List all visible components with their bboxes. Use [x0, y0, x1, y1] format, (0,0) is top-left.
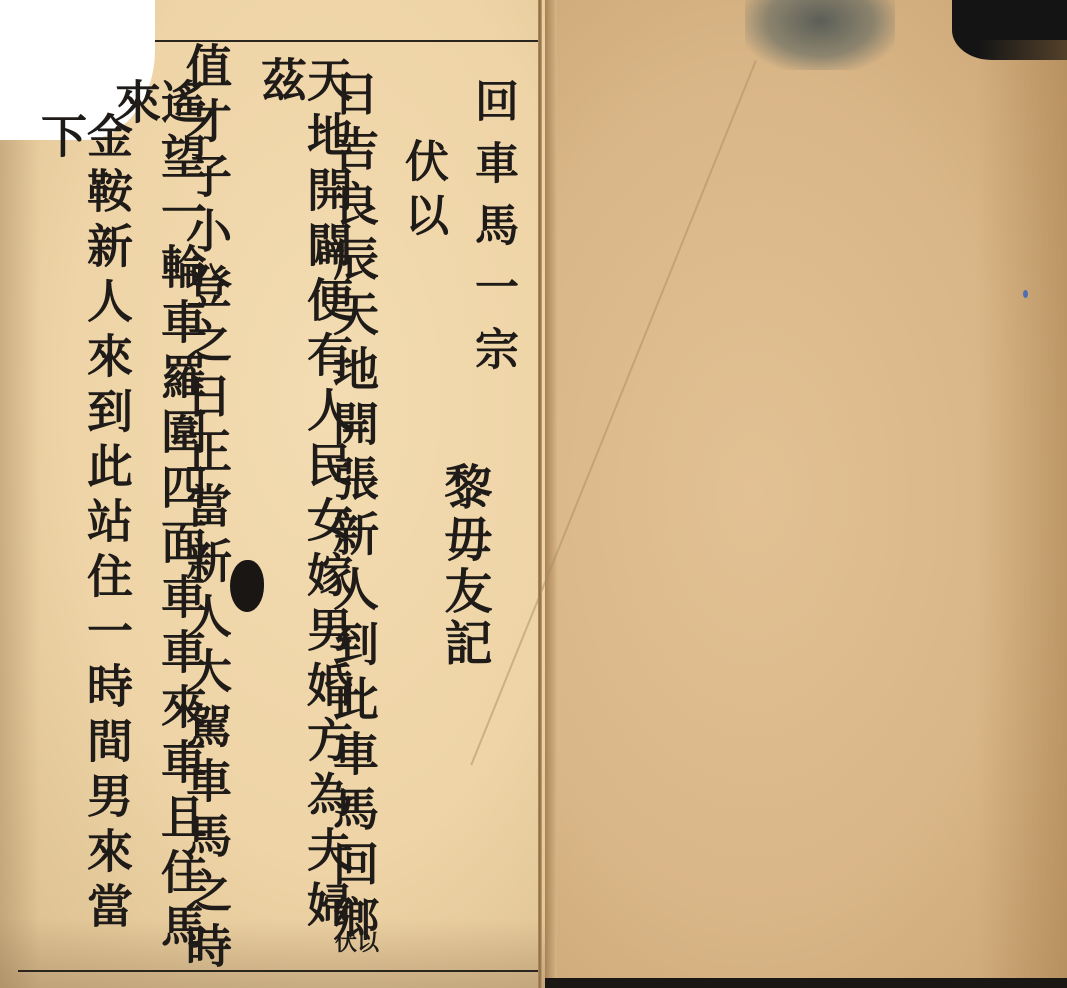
mold-stain [745, 0, 895, 70]
blue-speck [1023, 290, 1028, 298]
author-signature: 黎毋友記 [440, 462, 488, 670]
text-column-2: 天地開闢便有人民女嫁男婚方為夫婦茲 [258, 56, 350, 988]
text-column-5: 金鞍新人來到此站住一時間男來當下 [38, 112, 130, 988]
left-page: 回車馬一宗 伏以 黎毋友記 日吉良辰天地開張新人到此車馬回鄉 天地開闢便有人民女… [0, 0, 545, 988]
bottom-shadow [545, 978, 1067, 988]
spine-edge [545, 0, 557, 988]
edge-water-stain [977, 40, 1067, 980]
document-title: 回車馬一宗 [470, 78, 514, 388]
opening-phrase: 伏以 [400, 138, 444, 246]
page-gutter [538, 0, 542, 988]
ink-blot [230, 560, 264, 612]
small-annotation: 伏以 [335, 926, 379, 957]
right-page-blank [545, 0, 1067, 988]
